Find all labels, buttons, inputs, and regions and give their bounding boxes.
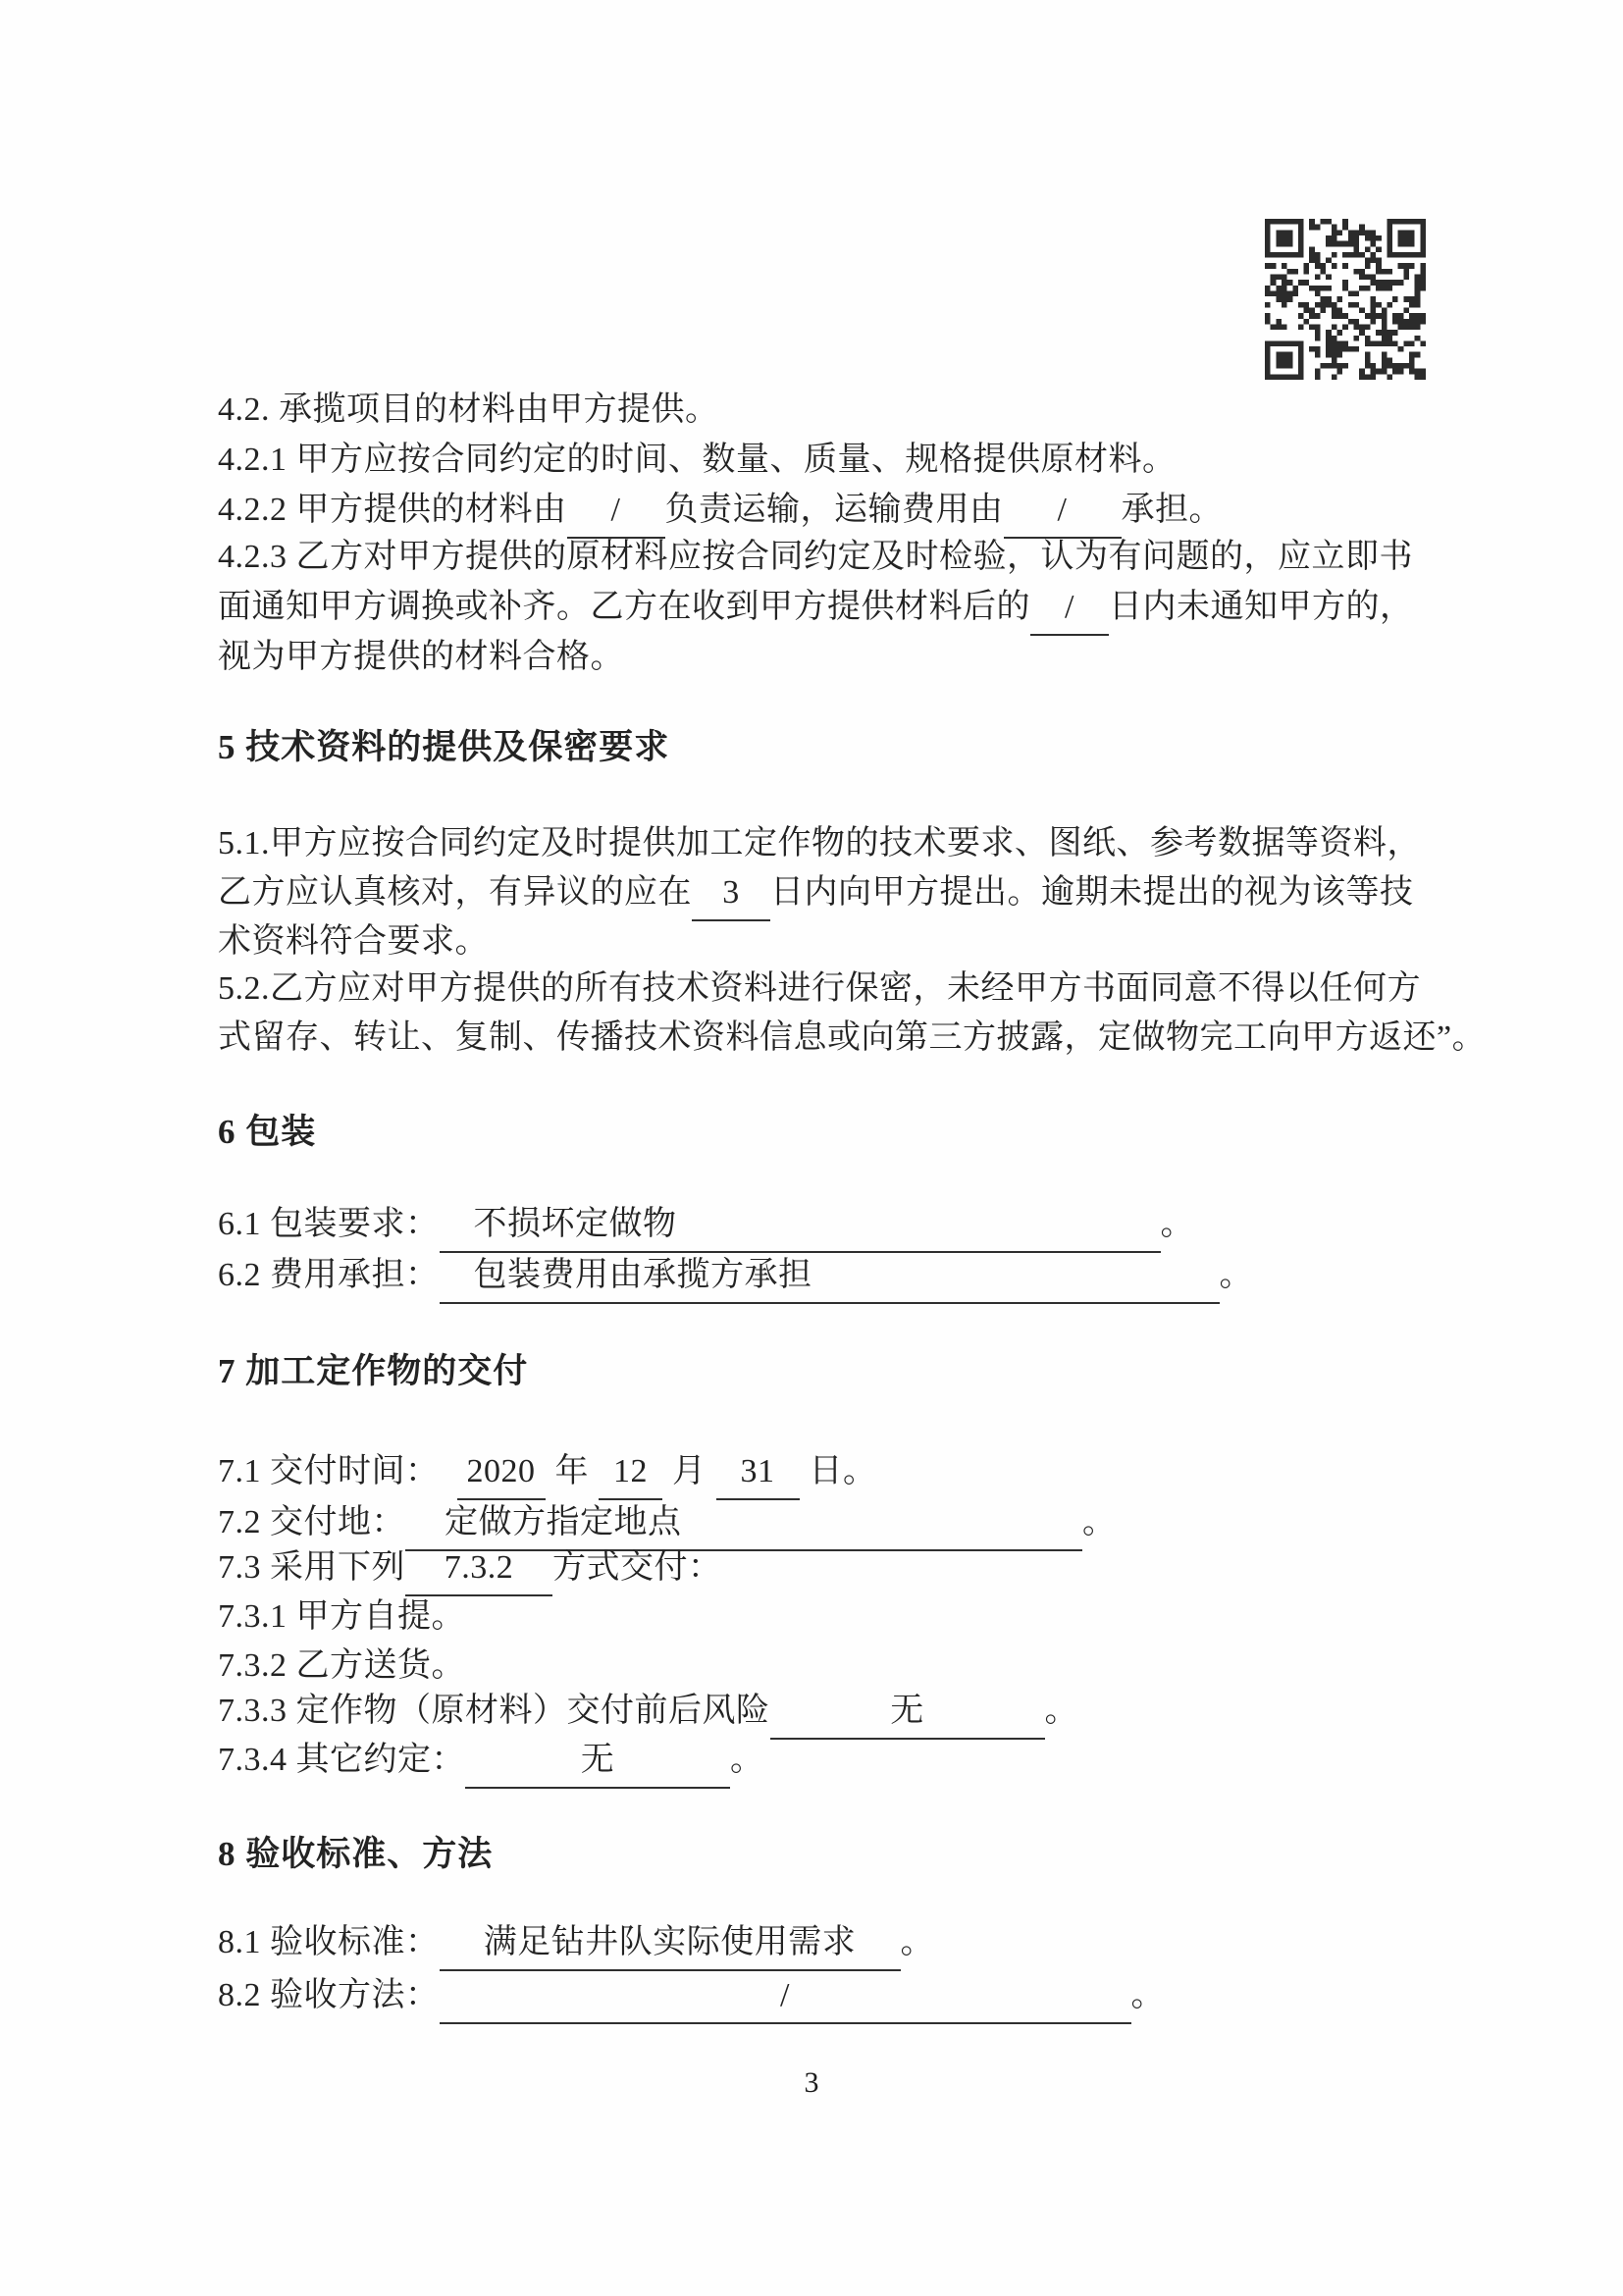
fill-in-blank: / — [1004, 489, 1122, 539]
qr-code-icon — [1265, 218, 1426, 381]
clause-text: 乙方应认真核对，有异议的应在 — [218, 874, 692, 911]
clause-5-1-line2: 乙方应认真核对，有异议的应在3日内向甲方提出。逾期未提出的视为该等技 — [218, 871, 1414, 921]
clause-text: 7.2 交付地： — [218, 1504, 405, 1540]
fill-in-blank: 定做方指定地点 — [405, 1501, 1082, 1551]
fill-in-blank: / — [440, 1974, 1131, 2024]
clause-8-1: 8.1 验收标准：满足钻井队实际使用需求。 — [218, 1921, 934, 1971]
clause-text: 日内向甲方提出。逾期未提出的视为该等技 — [770, 874, 1414, 911]
clause-6-2: 6.2 费用承担：包装费用由承揽方承担。 — [218, 1254, 1253, 1304]
fill-in-blank-day: 31 — [716, 1450, 800, 1500]
clause-text: 。 — [1220, 1257, 1254, 1293]
section-6-heading: 6 包装 — [218, 1111, 316, 1154]
fill-in-blank: 满足钻井队实际使用需求 — [440, 1921, 901, 1971]
clause-text: 。 — [901, 1924, 935, 1960]
clause-5-2-line1: 5.2.乙方应对甲方提供的所有技术资料进行保密，未经甲方书面同意不得以任何方 — [218, 967, 1421, 1011]
clause-text: 日。 — [810, 1453, 877, 1489]
clause-text: 4.2.2 甲方提供的材料由 — [218, 492, 567, 528]
clause-4-2-1: 4.2.1 甲方应按合同约定的时间、数量、质量、规格提供原材料。 — [218, 439, 1177, 482]
clause-5-1-line3: 术资料符合要求。 — [218, 920, 489, 964]
clause-text: 。 — [1131, 1977, 1166, 2013]
clause-text: 7.1 交付时间： — [218, 1453, 440, 1489]
clause-text: 日内未通知甲方的， — [1109, 589, 1414, 625]
clause-text: 。 — [1082, 1504, 1117, 1540]
clause-text: 面通知甲方调换或补齐。乙方在收到甲方提供材料后的 — [218, 589, 1030, 625]
clause-text: 7.3.4 其它约定： — [218, 1742, 465, 1778]
clause-7-1: 7.1 交付时间：2020年12月31日。 — [218, 1450, 877, 1500]
clause-4-2-3-line1: 4.2.3 乙方对甲方提供的原材料应按合同约定及时检验，认为有问题的，应立即书 — [218, 536, 1413, 579]
clause-text: 。 — [730, 1742, 764, 1778]
clause-text: 7.3.3 定作物（原材料）交付前后风险 — [218, 1693, 770, 1729]
clause-7-3-1: 7.3.1 甲方自提。 — [218, 1595, 465, 1639]
fill-in-blank: 不损坏定做物 — [440, 1203, 1161, 1253]
clause-8-2: 8.2 验收方法：/。 — [218, 1974, 1165, 2024]
clause-text: 6.1 包装要求： — [218, 1206, 440, 1242]
clause-text: 6.2 费用承担： — [218, 1257, 440, 1293]
clause-text: 月 — [672, 1453, 707, 1489]
page-number: 3 — [0, 2066, 1623, 2100]
clause-5-1-line1: 5.1.甲方应按合同约定及时提供加工定作物的技术要求、图纸、参考数据等资料， — [218, 822, 1421, 865]
fill-in-blank: 包装费用由承揽方承担 — [440, 1254, 1220, 1304]
fill-in-blank: / — [567, 489, 665, 539]
fill-in-blank-month: 12 — [599, 1450, 662, 1500]
clause-7-3-4: 7.3.4 其它约定：无。 — [218, 1739, 764, 1789]
clause-7-3-3: 7.3.3 定作物（原材料）交付前后风险无。 — [218, 1690, 1078, 1740]
fill-in-blank: / — [1030, 586, 1109, 636]
document-page: 4.2. 承揽项目的材料由甲方提供。 4.2.1 甲方应按合同约定的时间、数量、… — [0, 0, 1623, 2296]
clause-text: 8.1 验收标准： — [218, 1924, 440, 1960]
fill-in-blank: 3 — [692, 871, 770, 921]
clause-4-2-3-line3: 视为甲方提供的材料合格。 — [218, 636, 624, 679]
clause-6-1: 6.1 包装要求：不损坏定做物。 — [218, 1203, 1194, 1253]
fill-in-blank: 7.3.2 — [405, 1546, 552, 1596]
clause-text: 。 — [1045, 1693, 1079, 1729]
clause-text: 7.3 采用下列 — [218, 1549, 405, 1586]
section-8-heading: 8 验收标准、方法 — [218, 1833, 493, 1876]
clause-text: 方式交付： — [552, 1549, 722, 1586]
clause-text: 8.2 验收方法： — [218, 1977, 440, 2013]
clause-4-2-3-line2: 面通知甲方调换或补齐。乙方在收到甲方提供材料后的/日内未通知甲方的， — [218, 586, 1414, 636]
clause-text: 年 — [555, 1453, 590, 1489]
clause-5-2-line2: 式留存、转让、复制、传播技术资料信息或向第三方披露，定做物完工向甲方返还”。 — [218, 1017, 1486, 1060]
clause-7-3-2: 7.3.2 乙方送货。 — [218, 1644, 465, 1688]
clause-text: 负责运输，运输费用由 — [665, 492, 1004, 528]
fill-in-blank: 无 — [465, 1739, 730, 1789]
clause-7-2: 7.2 交付地：定做方指定地点。 — [218, 1501, 1117, 1551]
section-5-heading: 5 技术资料的提供及保密要求 — [218, 726, 669, 769]
fill-in-blank-year: 2020 — [457, 1450, 546, 1500]
clause-text: 。 — [1161, 1206, 1195, 1242]
clause-7-3: 7.3 采用下列7.3.2方式交付： — [218, 1546, 722, 1596]
clause-4-2-2: 4.2.2 甲方提供的材料由/负责运输，运输费用由/承担。 — [218, 489, 1223, 539]
section-7-heading: 7 加工定作物的交付 — [218, 1350, 528, 1393]
fill-in-blank: 无 — [770, 1690, 1045, 1740]
clause-4-2: 4.2. 承揽项目的材料由甲方提供。 — [218, 389, 719, 432]
clause-text: 承担。 — [1122, 492, 1224, 528]
